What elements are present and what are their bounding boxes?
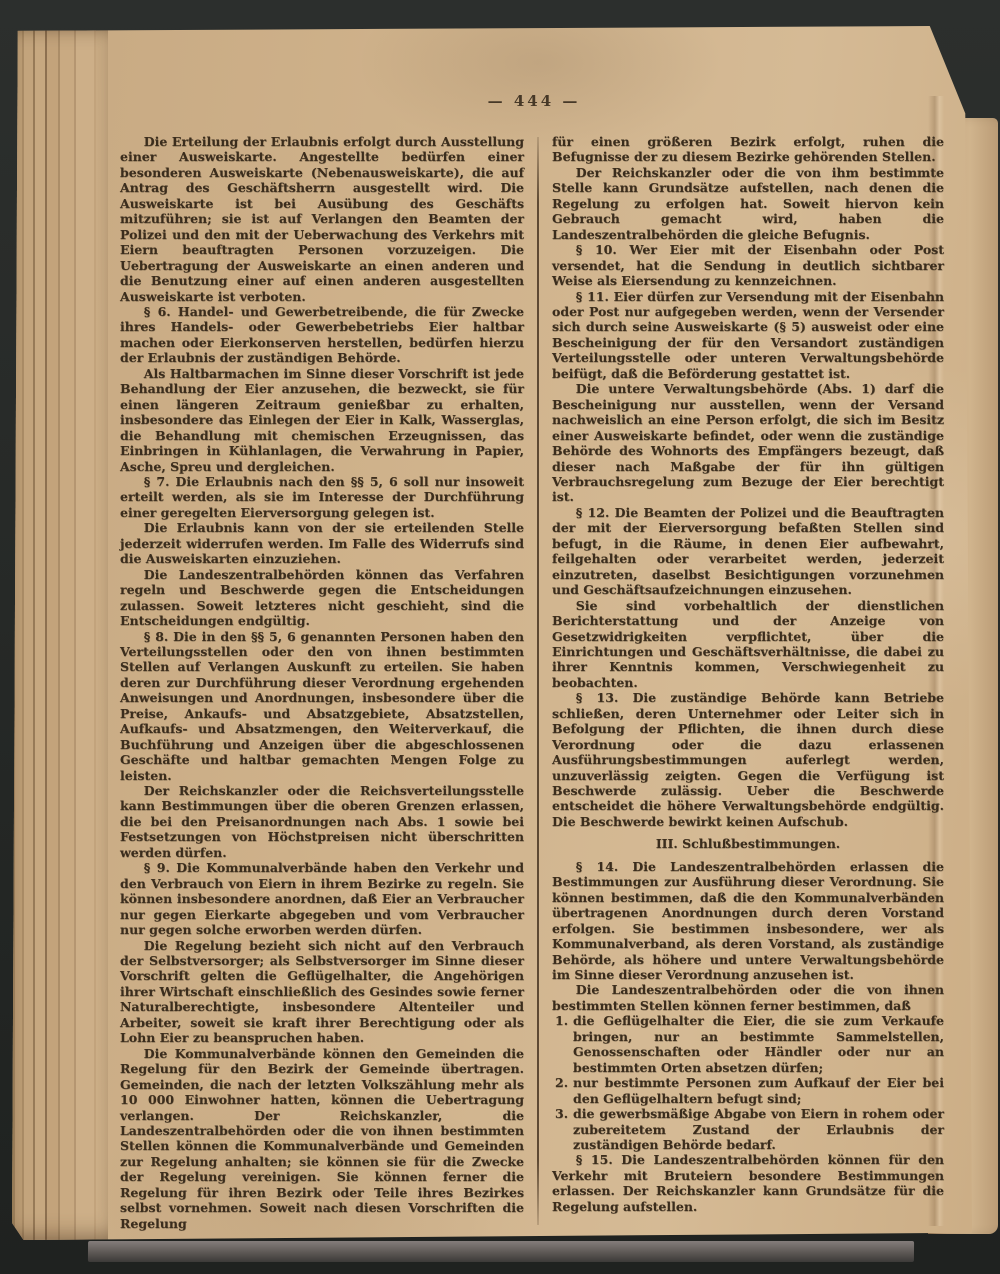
list-item-text: die gewerbsmäßige Abgabe von Eiern in ro… (573, 1106, 944, 1152)
page-content: — 444 — Die Erteilung der Erlaubnis erfo… (120, 92, 948, 1231)
paragraph: Die Erteilung der Erlaubnis erfolgt durc… (120, 134, 524, 304)
paragraph-continuation: für einen größeren Bezirk erfolgt, ruhen… (552, 134, 944, 165)
paragraph-section-9: § 9. Die Kommunalverbände haben den Verk… (120, 860, 524, 937)
paragraph: Die Erlaubnis kann von der sie erteilend… (120, 520, 524, 566)
paragraph-section-6: § 6. Handel- und Gewerbetreibende, die f… (120, 304, 524, 366)
section-heading: III. Schlußbestimmungen. (552, 836, 944, 851)
paragraph: Die Regelung bezieht sich nicht auf den … (120, 938, 524, 1046)
book-photo-background: — 444 — Die Erteilung der Erlaubnis erfo… (0, 0, 1000, 1274)
list-item-number: 3. (555, 1106, 568, 1121)
paragraph: Die untere Verwaltungsbehörde (Abs. 1) d… (552, 381, 944, 505)
paragraph-section-12: § 12. Die Beamten der Polizei und die Be… (552, 505, 944, 598)
paragraph-section-10: § 10. Wer Eier mit der Eisenbahn oder Po… (552, 242, 944, 288)
page-stack-edges (12, 26, 108, 1240)
paragraph: Die Landeszentralbehörden oder die von i… (552, 982, 944, 1013)
paragraph-section-15: § 15. Die Landeszentralbehörden können f… (552, 1152, 944, 1214)
numbered-list-item: 3. die gewerbsmäßige Abgabe von Eiern in… (552, 1106, 944, 1152)
list-item-text: die Geflügelhalter die Eier, die sie zum… (573, 1013, 944, 1074)
right-column: für einen größeren Bezirk erfolgt, ruhen… (552, 134, 944, 1231)
paragraph: Die Kommunalverbände können den Gemeinde… (120, 1046, 524, 1231)
book-page: — 444 — Die Erteilung der Erlaubnis erfo… (12, 26, 972, 1240)
paragraph: Als Haltbarmachen im Sinne dieser Vorsch… (120, 366, 524, 474)
paragraph: Sie sind vorbehaltlich der dienstlichen … (552, 598, 944, 691)
two-column-text: Die Erteilung der Erlaubnis erfolgt durc… (120, 134, 948, 1231)
paragraph-section-8: § 8. Die in den §§ 5, 6 genannten Person… (120, 629, 524, 784)
paragraph-section-7: § 7. Die Erlaubnis nach den §§ 5, 6 soll… (120, 474, 524, 520)
page-number: — 444 — (120, 92, 948, 110)
paragraph: Der Reichskanzler oder die von ihm besti… (552, 165, 944, 242)
paragraph-section-14: § 14. Die Landeszentralbehörden erlassen… (552, 859, 944, 983)
paragraph-section-13: § 13. Die zuständige Behörde kann Betrie… (552, 690, 944, 829)
left-column: Die Erteilung der Erlaubnis erfolgt durc… (120, 134, 524, 1231)
paragraph: Die Landeszentralbehörden können das Ver… (120, 567, 524, 629)
paragraph-section-11: § 11. Eier dürfen zur Versendung mit der… (552, 289, 944, 382)
book-bottom-edge (88, 1241, 914, 1262)
column-divider (537, 137, 539, 1225)
list-item-number: 2. (555, 1075, 568, 1090)
numbered-list-item: 1. die Geflügelhalter die Eier, die sie … (552, 1013, 944, 1075)
numbered-list-item: 2. nur bestimmte Personen zum Aufkauf de… (552, 1075, 944, 1106)
list-item-number: 1. (555, 1013, 568, 1028)
paragraph: Der Reichskanzler oder die Reichsverteil… (120, 783, 524, 860)
list-item-text: nur bestimmte Personen zum Aufkauf der E… (573, 1075, 944, 1105)
